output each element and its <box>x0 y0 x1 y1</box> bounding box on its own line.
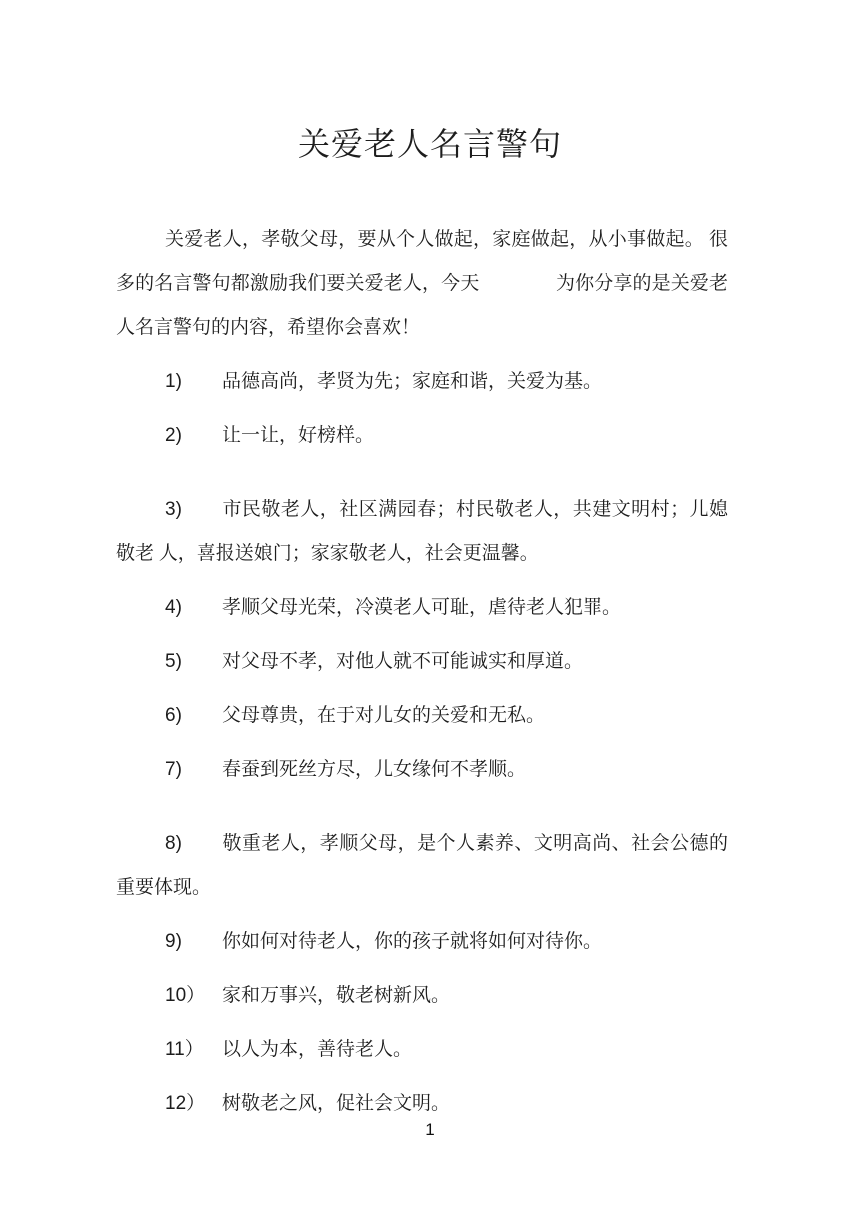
item-text: 春蚕到死丝方尽，儿女缘何不孝顺。 <box>222 759 526 780</box>
item-text: 你如何对待老人，你的孩子就将如何对待你。 <box>222 931 602 952</box>
item-number: 4) <box>165 586 222 630</box>
item-number: 6) <box>165 694 222 738</box>
item-text: 树敬老之风，促社会文明。 <box>222 1093 450 1114</box>
quote-item: 1)品德高尚，孝贤为先；家庭和谐，关爱为基。 <box>116 360 728 404</box>
page-number: 1 <box>0 1120 860 1140</box>
quote-item: 11）以人为本，善待老人。 <box>116 1028 728 1072</box>
page-title: 关爱老人名言警句 <box>0 0 860 168</box>
quote-item: 4)孝顺父母光荣，冷漠老人可耻，虐待老人犯罪。 <box>116 586 728 630</box>
item-number: 9) <box>165 920 222 964</box>
quote-item: 6)父母尊贵，在于对儿女的关爱和无私。 <box>116 694 728 738</box>
item-number: 7) <box>165 748 222 792</box>
item-number: 8) <box>165 822 222 866</box>
item-text: 以人为本，善待老人。 <box>222 1039 412 1060</box>
item-text: 对父母不孝，对他人就不可能诚实和厚道。 <box>222 651 583 672</box>
quote-item: 10）家和万事兴，敬老树新风。 <box>116 974 728 1018</box>
quote-item: 7)春蚕到死丝方尽，儿女缘何不孝顺。 <box>116 748 728 792</box>
item-number: 3) <box>165 488 222 532</box>
item-text: 孝顺父母光荣，冷漠老人可耻，虐待老人犯罪。 <box>222 597 621 618</box>
intro-paragraph: 关爱老人，孝敬父母，要从个人做起，家庭做起，从小事做起。 很多的名言警句都激励我… <box>116 218 728 350</box>
quote-item: 8)敬重老人，孝顺父母，是个人素养、文明高尚、社会公德的重要体现。 <box>116 822 728 910</box>
quote-list: 1)品德高尚，孝贤为先；家庭和谐，关爱为基。 2)让一让，好榜样。 3)市民敬老… <box>0 360 860 1126</box>
item-number: 2) <box>165 414 222 458</box>
item-text: 让一让，好榜样。 <box>222 425 374 446</box>
quote-item: 3)市民敬老人，社区满园春；村民敬老人，共建文明村；儿媳敬老 人，喜报送娘门；家… <box>116 488 728 576</box>
item-text: 家和万事兴，敬老树新风。 <box>222 985 450 1006</box>
item-text: 父母尊贵，在于对儿女的关爱和无私。 <box>222 705 545 726</box>
quote-item: 2)让一让，好榜样。 <box>116 414 728 458</box>
quote-item: 5)对父母不孝，对他人就不可能诚实和厚道。 <box>116 640 728 684</box>
item-number: 10） <box>165 974 222 1018</box>
item-number: 5) <box>165 640 222 684</box>
document-page: 关爱老人名言警句 关爱老人，孝敬父母，要从个人做起，家庭做起，从小事做起。 很多… <box>0 0 860 1218</box>
item-text: 品德高尚，孝贤为先；家庭和谐，关爱为基。 <box>222 371 602 392</box>
item-number: 11） <box>165 1028 222 1072</box>
quote-item: 9)你如何对待老人，你的孩子就将如何对待你。 <box>116 920 728 964</box>
item-number: 1) <box>165 360 222 404</box>
